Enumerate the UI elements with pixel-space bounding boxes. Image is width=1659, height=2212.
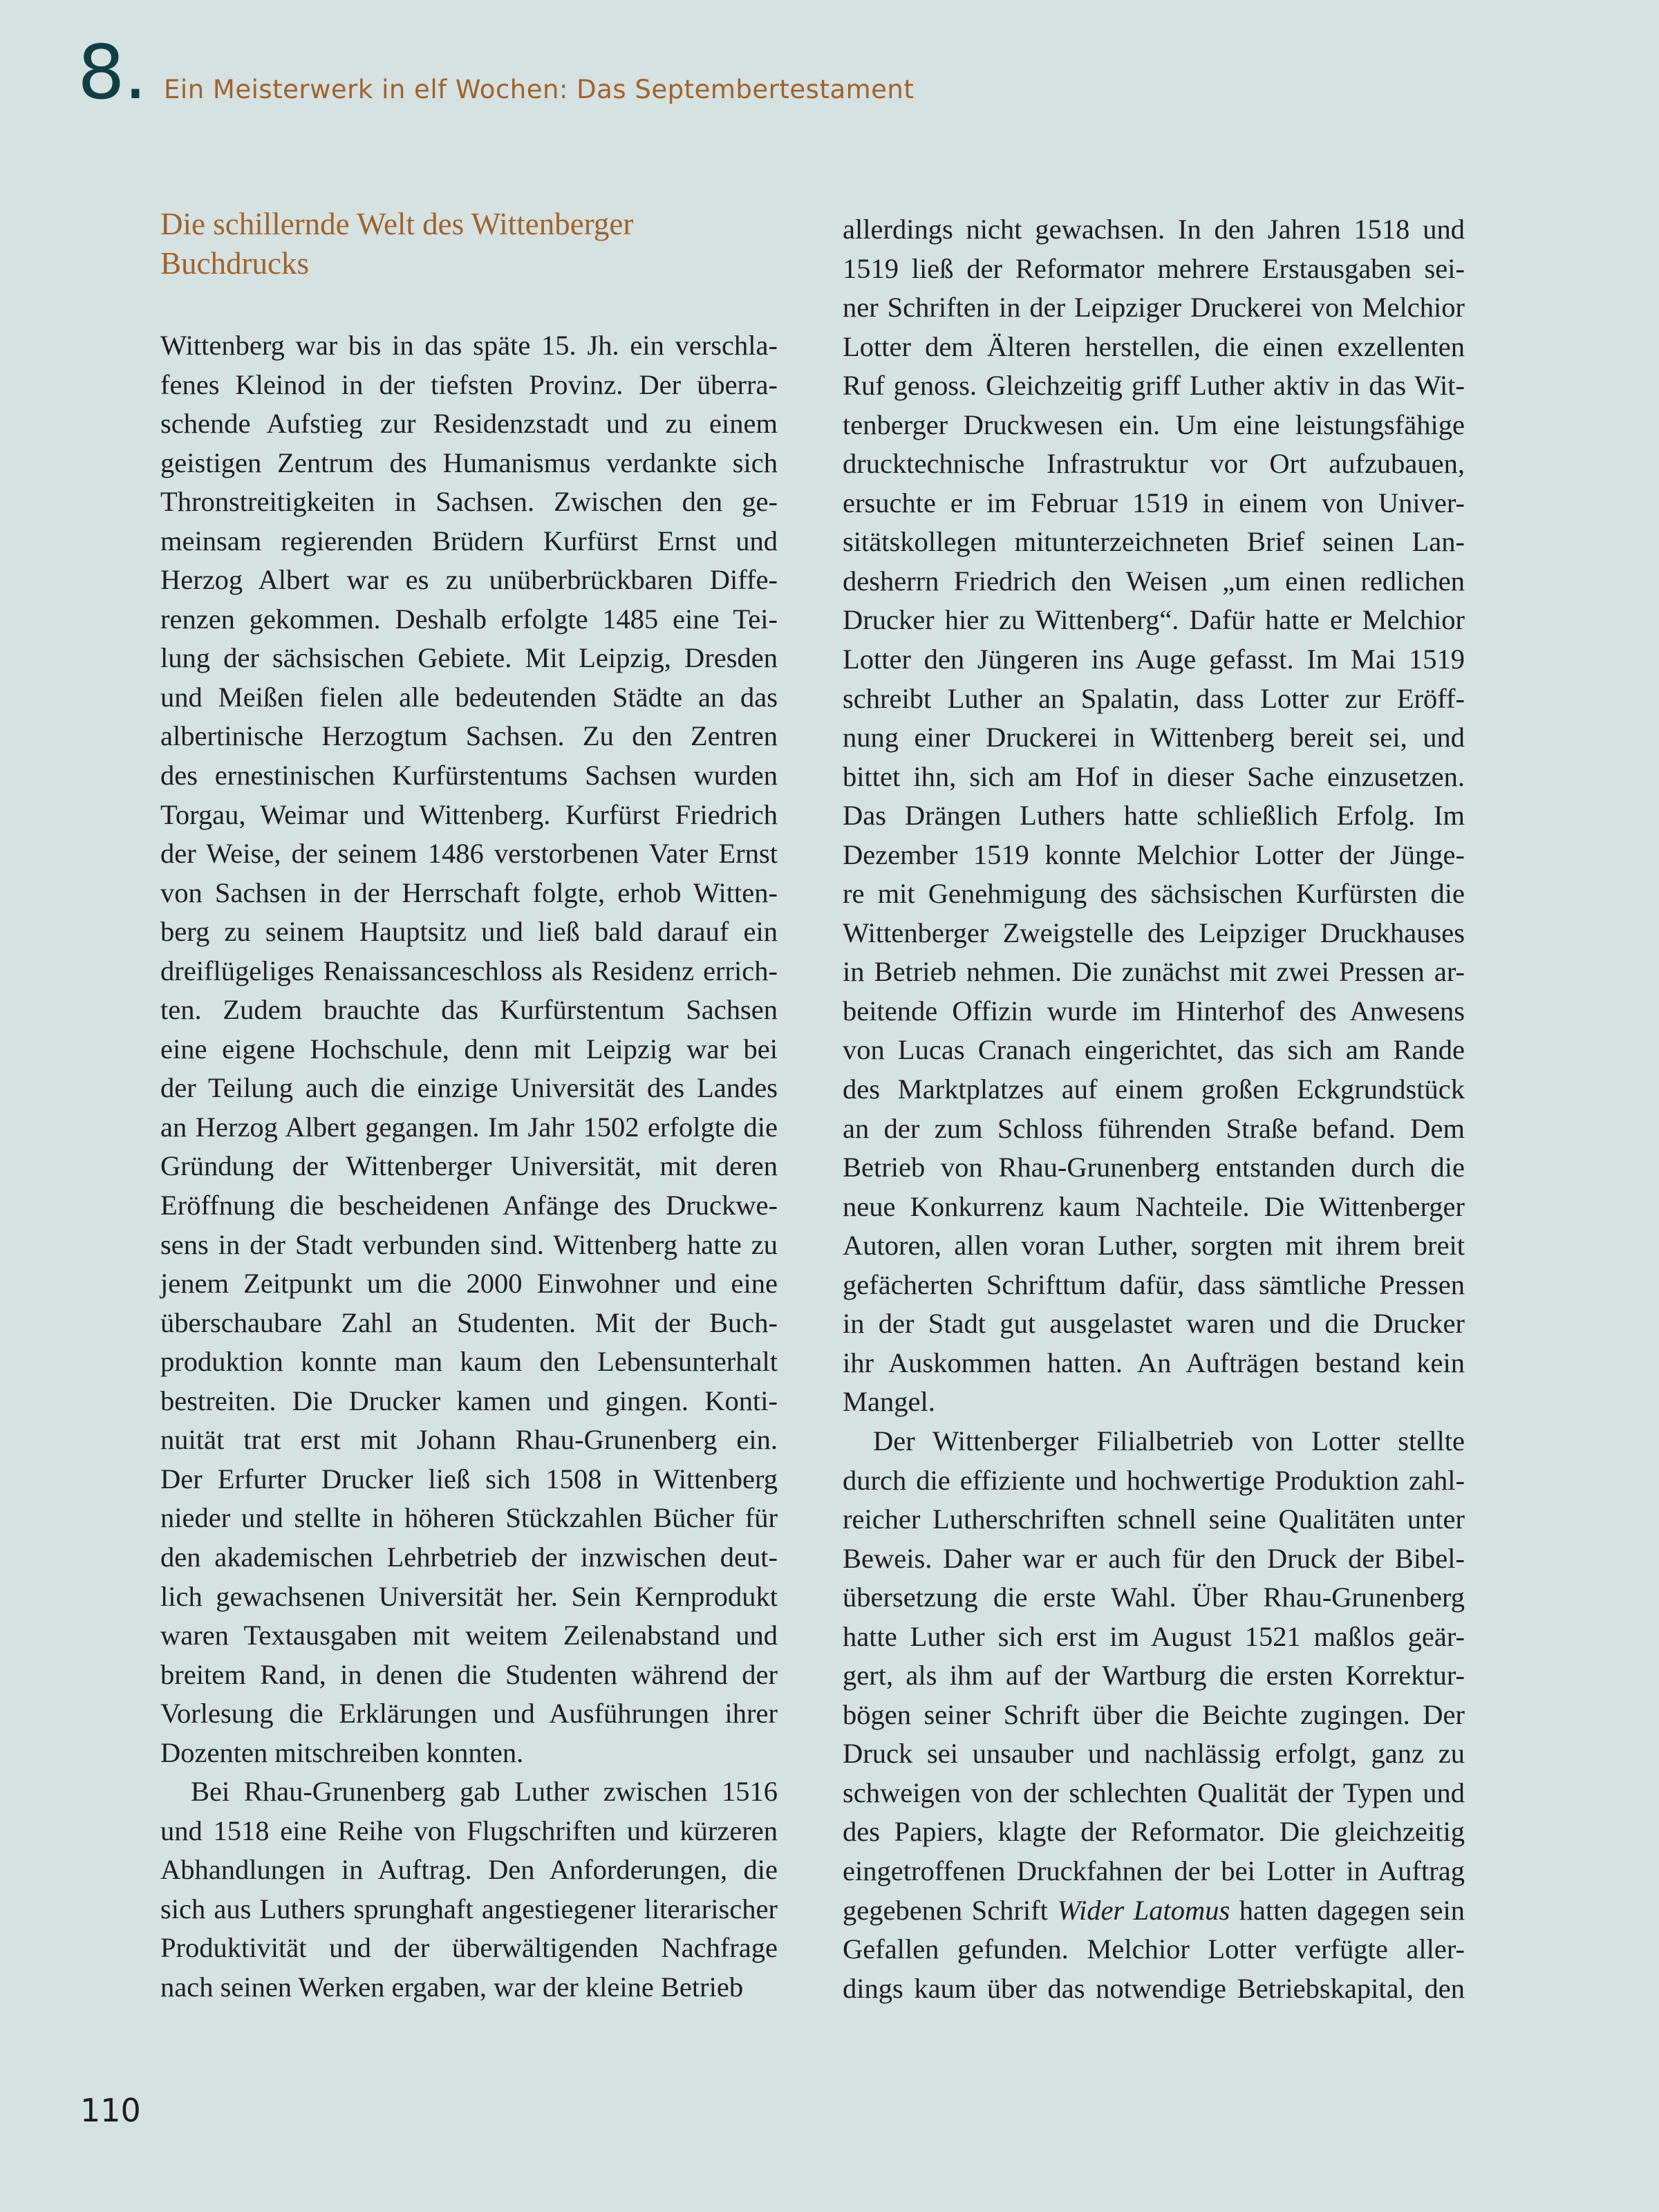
text-line: renzen gekommen. Deshalb erfolgte 1485 e… <box>160 600 778 639</box>
text-line: Betrieb von Rhau-Grunenberg entstanden d… <box>843 1148 1465 1188</box>
text-line: beitende Offizin wurde im Hinterhof des … <box>843 992 1465 1031</box>
section-heading-line-1: Die schillernde Welt des Wittenberger <box>160 207 633 241</box>
text-line: der Weise, der seinem 1486 verstorbenen … <box>160 834 778 874</box>
text-line: ten. Zudem brauchte das Kurfürstentum Sa… <box>160 991 778 1030</box>
text-line: re mit Genehmigung des sächsischen Kurfü… <box>843 874 1465 914</box>
text-line: Das Drängen Luthers hatte schließlich Er… <box>843 796 1465 836</box>
text-line: und 1518 eine Reihe von Flugschriften un… <box>160 1812 778 1851</box>
text-line: durch die effiziente und hochwertige Pro… <box>843 1461 1465 1501</box>
text-line: schreibt Luther an Spalatin, dass Lotter… <box>843 679 1465 719</box>
text-line: den akademischen Lehrbetrieb der inzwisc… <box>160 1538 778 1577</box>
text-line: überschaubare Zahl an Studenten. Mit der… <box>160 1304 778 1343</box>
text-line: nuität trat erst mit Johann Rhau-Grunenb… <box>160 1421 778 1460</box>
text-line: Torgau, Weimar und Wittenberg. Kurfürst … <box>160 796 778 835</box>
text-line: der Teilung auch die einzige Universität… <box>160 1069 778 1108</box>
text-line: desherrn Friedrich den Weisen „um einen … <box>843 562 1465 601</box>
page-number: 110 <box>80 2094 141 2126</box>
chapter-number: 8. <box>77 36 146 111</box>
text-line: Ruf genoss. Gleichzeitig griff Luther ak… <box>843 366 1465 406</box>
text-line: Produktivität und der überwältigenden Na… <box>160 1929 778 1968</box>
text-line: drucktechnische Infrastruktur vor Ort au… <box>843 444 1465 484</box>
book-title-italic: Wider Latomus <box>1057 1895 1230 1926</box>
text-line: Bei Rhau-Grunenberg gab Luther zwischen … <box>160 1772 778 1812</box>
text-line: gert, als ihm auf der Wartburg die erste… <box>843 1656 1465 1696</box>
text-line: Lotter den Jüngeren ins Auge gefasst. Im… <box>843 640 1465 679</box>
text-line: Eröffnung die bescheidenen Anfänge des D… <box>160 1186 778 1226</box>
text-line: Mangel. <box>843 1382 1465 1422</box>
text-line: bittet ihn, sich am Hof in dieser Sache … <box>843 758 1465 797</box>
text-line: sich aus Luthers sprunghaft angestiegene… <box>160 1890 778 1929</box>
text-line: Gefallen gefunden. Melchior Lotter verfü… <box>843 1930 1465 1969</box>
text-line: eine eigene Hochschule, denn mit Leipzig… <box>160 1030 778 1069</box>
text-line: Der Wittenberger Filialbetrieb von Lotte… <box>843 1422 1465 1461</box>
text-line: ihr Auskommen hatten. An Aufträgen besta… <box>843 1344 1465 1383</box>
text-run: gegebenen Schrift <box>843 1895 1057 1926</box>
text-line: Lotter dem Älteren herstellen, die einen… <box>843 328 1465 367</box>
section-heading: Die schillernde Welt des Wittenberger Bu… <box>160 205 782 283</box>
chapter-title: Ein Meisterwerk in elf Wochen: Das Septe… <box>164 75 914 104</box>
text-line: Wittenberger Zweigstelle des Leipziger D… <box>843 914 1465 953</box>
text-line: geistigen Zentrum des Humanismus verdank… <box>160 444 778 483</box>
text-line: des Papiers, klagte der Reformator. Die … <box>843 1812 1465 1852</box>
text-line: dreiflügeliges Renaissanceschloss als Re… <box>160 952 778 991</box>
text-line: tenberger Druckwesen ein. Um eine leistu… <box>843 406 1465 445</box>
text-line: jenem Zeitpunkt um die 2000 Einwohner un… <box>160 1264 778 1304</box>
text-line: ersuchte er im Februar 1519 in einem von… <box>843 484 1465 523</box>
text-line: fenes Kleinod in der tiefsten Provinz. D… <box>160 366 778 405</box>
text-line: übersetzung die erste Wahl. Über Rhau-Gr… <box>843 1578 1465 1618</box>
text-line: in der Stadt gut ausgelastet waren und d… <box>843 1304 1465 1344</box>
text-line: lung der sächsischen Gebiete. Mit Leipzi… <box>160 639 778 678</box>
right-text-column: allerdings nicht gewachsen. In den Jahre… <box>843 210 1465 2008</box>
text-line: sitätskollegen mitunterzeichneten Brief … <box>843 523 1465 562</box>
text-line: Abhandlungen in Auftrag. Den Anforderung… <box>160 1850 778 1890</box>
text-run: hatten dagegen sein <box>1230 1895 1465 1926</box>
text-line: des ernestinischen Kurfürstentums Sachse… <box>160 756 778 796</box>
text-line: gegebenen Schrift Wider Latomus hatten d… <box>843 1891 1465 1931</box>
text-line: reicher Lutherschriften schnell seine Qu… <box>843 1500 1465 1539</box>
text-line: nach seinen Werken ergaben, war der klei… <box>160 1968 778 2007</box>
text-line: in Betrieb nehmen. Die zunächst mit zwei… <box>843 953 1465 992</box>
section-heading-line-2: Buchdrucks <box>160 246 309 281</box>
text-line: Gründung der Wittenberger Universität, m… <box>160 1147 778 1186</box>
text-line: bestreiten. Die Drucker kamen und gingen… <box>160 1382 778 1421</box>
text-line: produktion konnte man kaum den Lebensunt… <box>160 1342 778 1382</box>
text-line: Dezember 1519 konnte Melchior Lotter der… <box>843 836 1465 875</box>
text-line: Thronstreitigkeiten in Sachsen. Zwischen… <box>160 482 778 522</box>
text-line: meinsam regierenden Brüdern Kurfürst Ern… <box>160 522 778 561</box>
text-line: gefächerten Schrifttum dafür, dass sämtl… <box>843 1266 1465 1305</box>
text-line: lich gewachsenen Universität her. Sein K… <box>160 1577 778 1617</box>
left-text-column: Wittenberg war bis in das späte 15. Jh. … <box>160 326 778 2007</box>
text-line: Wittenberg war bis in das späte 15. Jh. … <box>160 326 778 366</box>
text-line: Dozenten mitschreiben konnten. <box>160 1734 778 1773</box>
text-line: an der zum Schloss führenden Straße befa… <box>843 1109 1465 1149</box>
text-line: Beweis. Daher war er auch für den Druck … <box>843 1539 1465 1579</box>
text-line: berg zu seinem Hauptsitz und ließ bald d… <box>160 912 778 952</box>
text-line: allerdings nicht gewachsen. In den Jahre… <box>843 210 1465 250</box>
text-line: Herzog Albert war es zu unüberbrückbaren… <box>160 561 778 600</box>
text-line: ner Schriften in der Leipziger Druckerei… <box>843 288 1465 328</box>
text-line: an Herzog Albert gegangen. Im Jahr 1502 … <box>160 1108 778 1147</box>
text-line: Autoren, allen voran Luther, sorgten mit… <box>843 1226 1465 1266</box>
text-line: von Sachsen in der Herrschaft folgte, er… <box>160 874 778 913</box>
text-line: waren Textausgaben mit weitem Zeilenabst… <box>160 1616 778 1656</box>
text-line: breitem Rand, in denen die Studenten wäh… <box>160 1656 778 1695</box>
text-line: dings kaum über das notwendige Betriebsk… <box>843 1969 1465 2009</box>
text-line: Der Erfurter Drucker ließ sich 1508 in W… <box>160 1460 778 1499</box>
text-line: albertinische Herzogtum Sachsen. Zu den … <box>160 717 778 756</box>
text-line: des Marktplatzes auf einem großen Eckgru… <box>843 1070 1465 1109</box>
text-line: hatte Luther sich erst im August 1521 ma… <box>843 1618 1465 1657</box>
text-line: Druck sei unsauber und nachlässig erfolg… <box>843 1734 1465 1774</box>
text-line: eingetroffenen Druckfahnen der bei Lotte… <box>843 1852 1465 1891</box>
text-line: nieder und stellte in höheren Stückzahle… <box>160 1499 778 1538</box>
text-line: sens in der Stadt verbunden sind. Witten… <box>160 1226 778 1265</box>
text-line: Drucker hier zu Wittenberg“. Dafür hatte… <box>843 601 1465 640</box>
text-line: neue Konkurrenz kaum Nachteile. Die Witt… <box>843 1188 1465 1227</box>
text-line: schende Aufstieg zur Residenzstadt und z… <box>160 404 778 444</box>
text-line: nung einer Druckerei in Wittenberg berei… <box>843 718 1465 758</box>
text-line: schweigen von der schlechten Qualität de… <box>843 1774 1465 1813</box>
text-line: von Lucas Cranach eingerichtet, das sich… <box>843 1031 1465 1070</box>
text-line: 1519 ließ der Reformator mehrere Erstaus… <box>843 250 1465 289</box>
text-line: und Meißen fielen alle bedeutenden Städt… <box>160 678 778 718</box>
text-line: Vorlesung die Erklärungen und Ausführung… <box>160 1694 778 1734</box>
text-line: bögen seiner Schrift über die Beichte zu… <box>843 1696 1465 1735</box>
chapter-header: 8. Ein Meisterwerk in elf Wochen: Das Se… <box>77 36 914 111</box>
